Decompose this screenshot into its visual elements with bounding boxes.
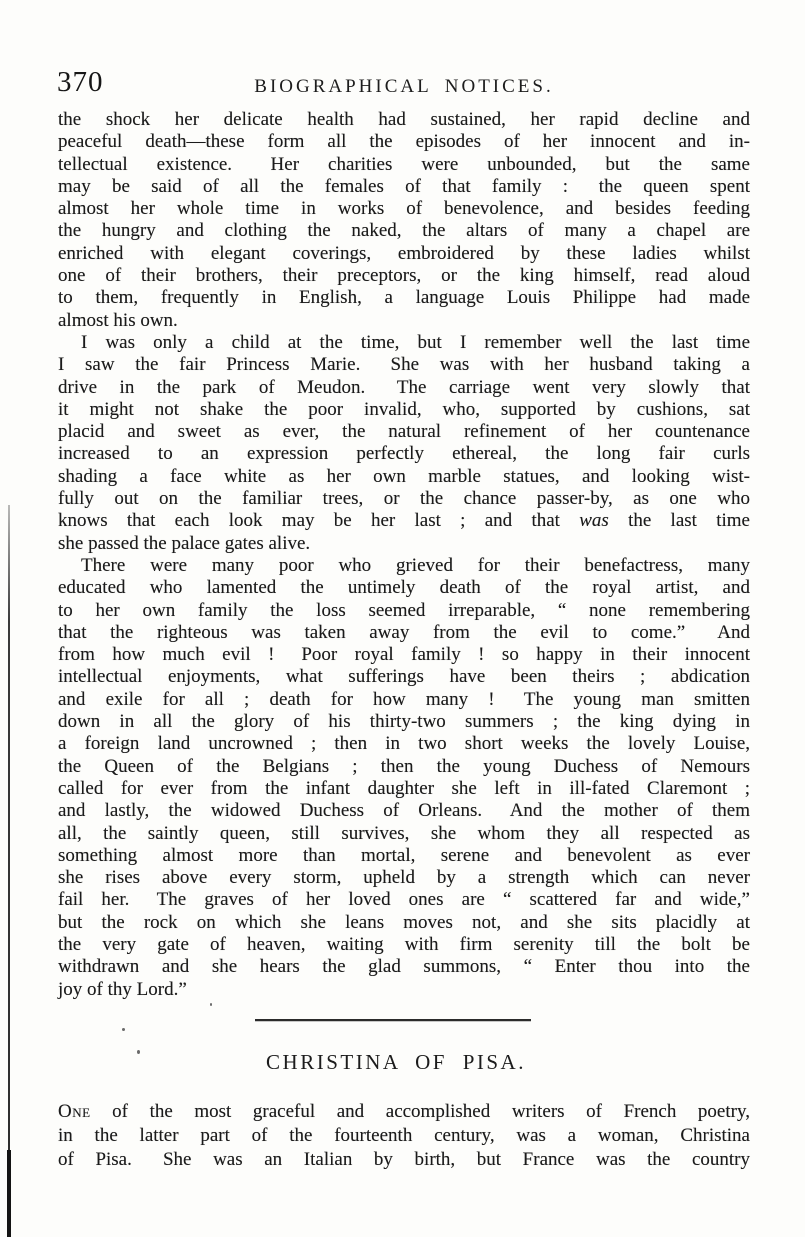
text-line: in the latter part of the fourteenth cen… <box>58 1124 750 1148</box>
running-header: BIOGRAPHICAL NOTICES. <box>58 76 750 98</box>
text-line: almost his own. <box>58 310 750 332</box>
text-line: increased to an expression perfectly eth… <box>58 443 750 465</box>
paragraph: There were many poor who grieved for the… <box>58 555 750 1001</box>
text-line: to her own family the loss seemed irrepa… <box>58 600 750 622</box>
text-line: something almost more than mortal, seren… <box>58 845 750 867</box>
text-line: intellectual enjoyments, what sufferings… <box>58 666 750 688</box>
text-line: tellectual existence. Her charities were… <box>58 154 750 176</box>
text-line: called for ever from the infant daughter… <box>58 778 750 800</box>
book-page: 370 BIOGRAPHICAL NOTICES. the shock her … <box>0 0 805 1237</box>
text-line: fail her. The graves of her loved ones a… <box>58 889 750 911</box>
scan-edge-artifact-bottom <box>7 1150 11 1237</box>
text-line: I was only a child at the time, but I re… <box>58 332 750 354</box>
text-line: the hungry and clothing the naked, the a… <box>58 220 750 242</box>
text-line: to them, frequently in English, a langua… <box>58 287 750 309</box>
text-line: fully out on the familiar trees, or the … <box>58 488 750 510</box>
text-line: but the rock on which she leans moves no… <box>58 912 750 934</box>
text-line: enriched with elegant coverings, embroid… <box>58 243 750 265</box>
paragraph: One of the most graceful and accomplishe… <box>58 1100 750 1173</box>
scan-edge-artifact <box>8 505 10 1155</box>
text-line: that the righteous was taken away from t… <box>58 622 750 644</box>
text-line: almost her whole time in works of benevo… <box>58 198 750 220</box>
section-heading: CHRISTINA OF PISA. <box>58 1050 734 1075</box>
paragraph: the shock her delicate health had sustai… <box>58 109 750 332</box>
scan-speck <box>210 1003 212 1006</box>
text-line: down in all the glory of his thirty-two … <box>58 711 750 733</box>
text-line: withdrawn and she hears the glad summons… <box>58 956 750 978</box>
text-line: peaceful death—these form all the episod… <box>58 131 750 153</box>
scan-speck <box>122 1028 125 1031</box>
text-line: knows that each look may be her last ; a… <box>58 510 750 532</box>
text-line: and exile for all ; death for how many !… <box>58 689 750 711</box>
text-line: I saw the fair Princess Marie. She was w… <box>58 354 750 376</box>
text-line: shading a face white as her own marble s… <box>58 466 750 488</box>
text-line: she passed the palace gates alive. <box>58 533 750 555</box>
section-divider-rule <box>255 1019 531 1021</box>
text-line: a foreign land uncrowned ; then in two s… <box>58 733 750 755</box>
text-line: and lastly, the widowed Duchess of Orlea… <box>58 800 750 822</box>
text-line: One of the most graceful and accomplishe… <box>58 1100 750 1124</box>
scan-speck <box>137 1050 140 1054</box>
text-line: the Queen of the Belgians ; then the you… <box>58 756 750 778</box>
text-line: placid and sweet as ever, the natural re… <box>58 421 750 443</box>
text-line: all, the saintly queen, still survives, … <box>58 823 750 845</box>
text-line: of Pisa. She was an Italian by birth, bu… <box>58 1148 750 1172</box>
text-line: she rises above every storm, upheld by a… <box>58 867 750 889</box>
article-body: the shock her delicate health had sustai… <box>58 109 750 1001</box>
text-line: it might not shake the poor invalid, who… <box>58 399 750 421</box>
text-line: drive in the park of Meudon. The carriag… <box>58 377 750 399</box>
text-line: the shock her delicate health had sustai… <box>58 109 750 131</box>
paragraph: I was only a child at the time, but I re… <box>58 332 750 555</box>
text-line: educated who lamented the untimely death… <box>58 577 750 599</box>
text-line: joy of thy Lord.” <box>58 979 750 1001</box>
text-line: one of their brothers, their preceptors,… <box>58 265 750 287</box>
text-line: the very gate of heaven, waiting with fi… <box>58 934 750 956</box>
text-line: may be said of all the females of that f… <box>58 176 750 198</box>
text-line: from how much evil ! Poor royal family !… <box>58 644 750 666</box>
section-body: One of the most graceful and accomplishe… <box>58 1100 750 1173</box>
text-line: There were many poor who grieved for the… <box>58 555 750 577</box>
